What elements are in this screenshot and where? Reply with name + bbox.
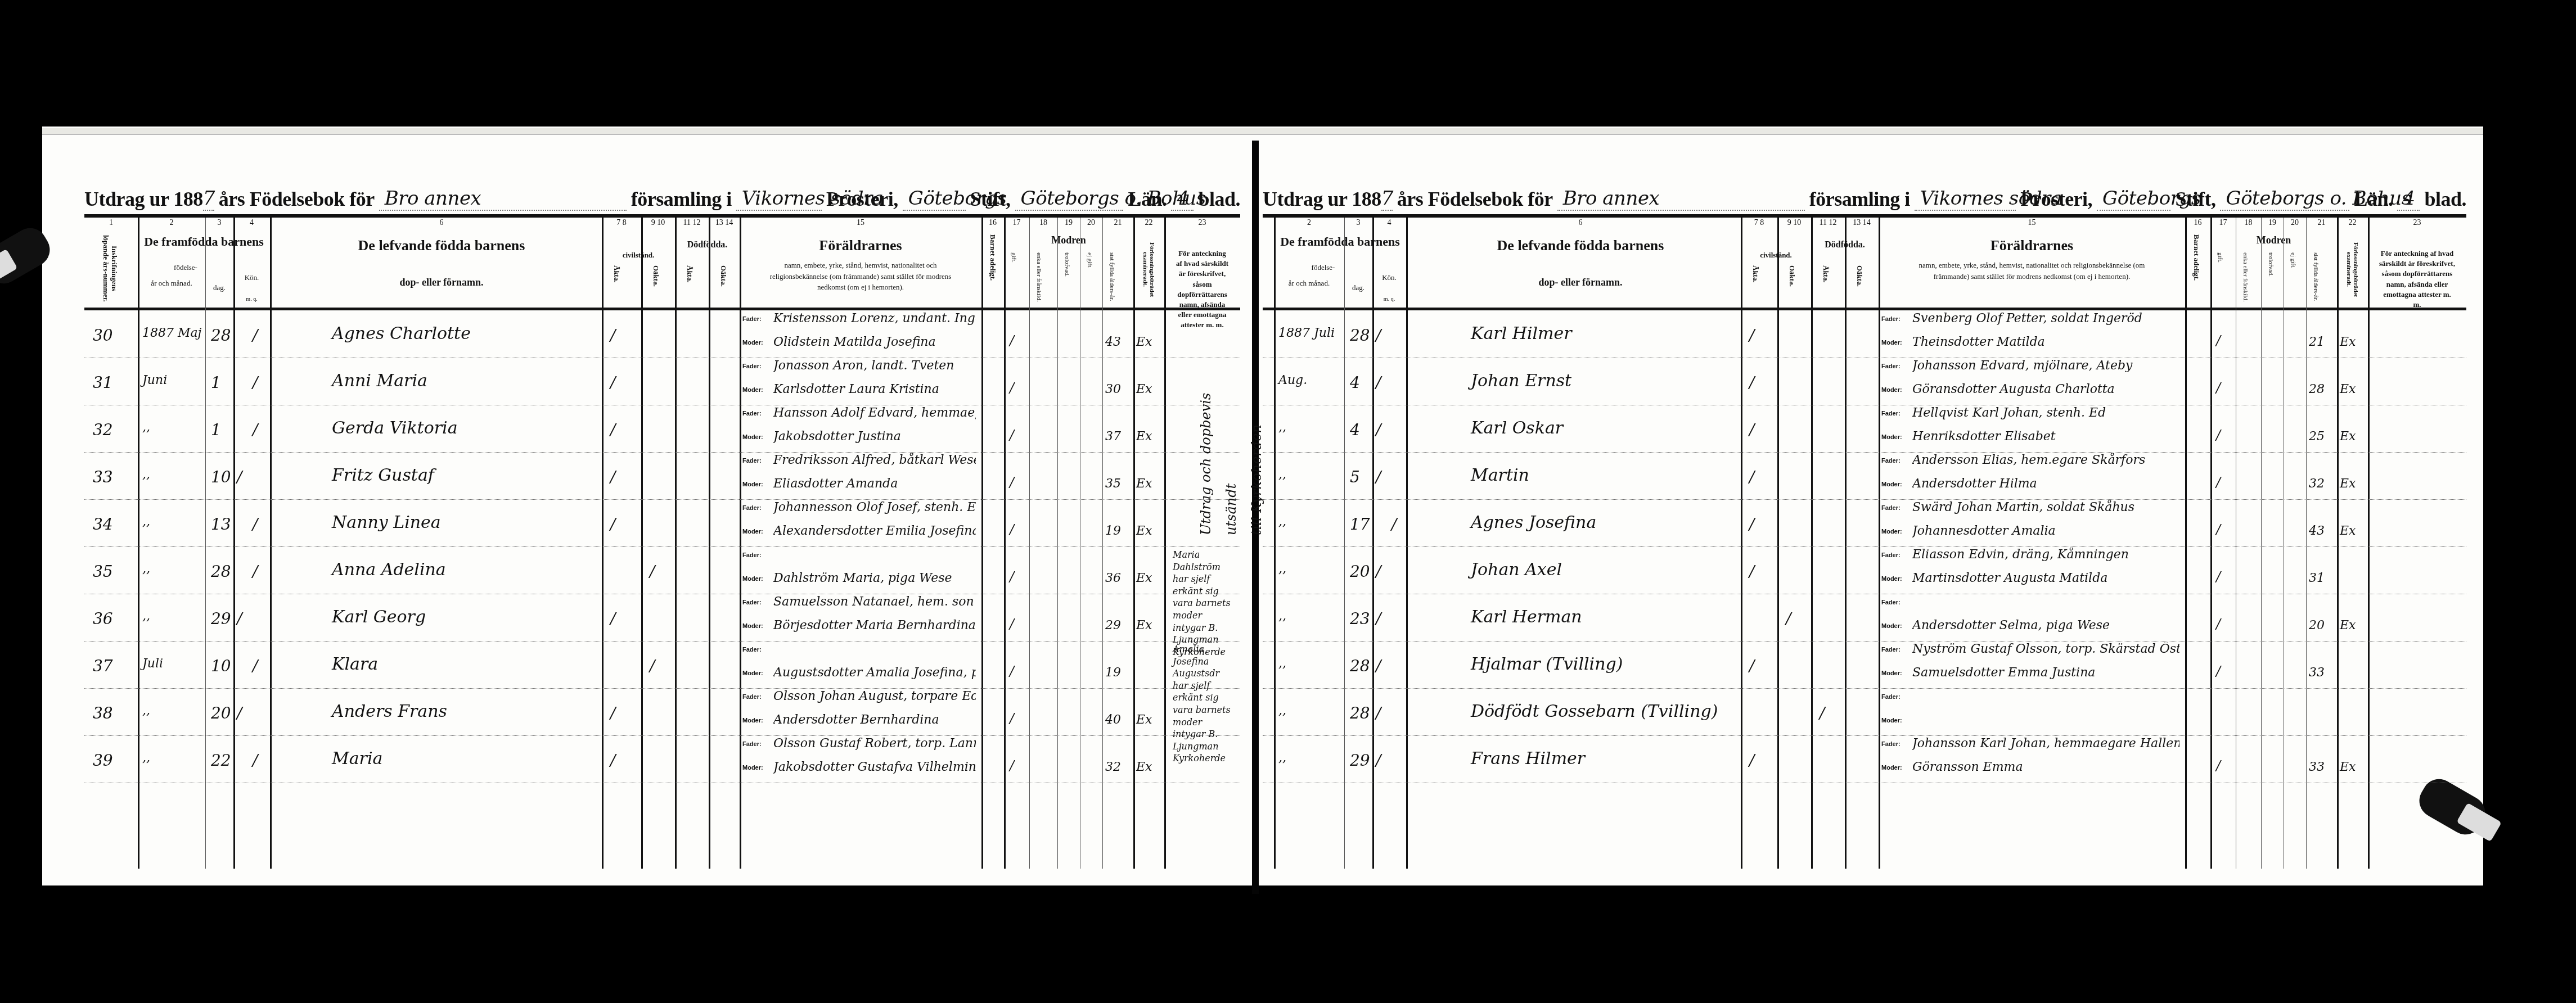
header-mother-status: gift. — [2216, 252, 2223, 263]
column-number: 18 — [2236, 219, 2261, 228]
mother-entry: Eliasdotter Amanda — [773, 477, 976, 491]
child-name: Agnes Charlotte — [332, 324, 471, 344]
mother-entry: Martinsdotter Augusta Matilda — [1912, 571, 2179, 585]
running-number: 38 — [93, 704, 113, 722]
child-name: Agnes Josefina — [1471, 513, 1596, 532]
mother-age: 35 — [1105, 477, 1121, 491]
mother-age: 33 — [2309, 666, 2325, 680]
mother-label: Moder: — [742, 623, 763, 630]
father-entry: Andersson Elias, hem.egare Skårfors — [1912, 453, 2179, 467]
sex-mark: / — [237, 468, 242, 486]
column-number: 11 12 — [675, 219, 709, 228]
birth-day: 28 — [1350, 326, 1370, 345]
table-row: 34,,13/Nanny Linea/Fader:Johannesson Olo… — [84, 499, 1240, 547]
birth-month: ,, — [142, 468, 150, 482]
mother-entry: Johannesdotter Amalia — [1912, 524, 2179, 538]
father-entry: Olsson Gustaf Robert, torp. Lannestad — [773, 737, 976, 751]
table-body: 301887 Maj28/Agnes Charlotte/Fader:Krist… — [84, 310, 1240, 869]
mother-age: 43 — [2309, 524, 2325, 538]
table-row: 32,,1/Gerda Viktoria/Fader:Hansson Adolf… — [84, 405, 1240, 453]
married-mark: / — [1010, 333, 1014, 349]
header-parents: Föräldrarnes — [740, 237, 981, 254]
status-mark: / — [610, 515, 615, 534]
married-mark: / — [2216, 427, 2221, 443]
mother-age: 28 — [2309, 382, 2325, 396]
birth-day: 20 — [211, 704, 231, 722]
column-number: 6 — [281, 219, 602, 228]
father-entry: Swärd Johan Martin, soldat Skåhus — [1912, 500, 2179, 514]
mother-label: Moder: — [742, 765, 763, 771]
mother-entry: Olidstein Matilda Josefina — [773, 335, 976, 349]
sex-mark: / — [1391, 515, 1397, 534]
header-birth: födelse- — [138, 264, 233, 272]
table-row: 35,,28/Anna Adelina/Fader:Moder:Dahlströ… — [84, 546, 1240, 594]
mother-age: 19 — [1105, 524, 1121, 538]
sex-mark: / — [1376, 468, 1381, 486]
mother-label: Moder: — [1881, 387, 1902, 394]
mother-label: Moder: — [1881, 576, 1902, 582]
birth-day: 13 — [211, 515, 231, 534]
father-label: Fader: — [1881, 505, 1901, 512]
header-stillborn: Dödfödda. — [675, 240, 740, 250]
register-table: 123467 89 1011 1213 14151617181920212223… — [84, 214, 1240, 869]
child-name: Anders Frans — [332, 702, 447, 721]
midwife-mark: Ex — [1136, 335, 1152, 349]
column-number: 23 — [2368, 219, 2466, 228]
mother-age: 37 — [1105, 430, 1121, 444]
table-row: ,,5/Martin/Fader:Andersson Elias, hem.eg… — [1263, 452, 2466, 500]
father-label: Fader: — [1881, 363, 1901, 370]
mother-entry: Jakobsdotter Justina — [773, 430, 976, 444]
sex-mark: / — [237, 609, 242, 628]
midwife-mark: Ex — [1136, 713, 1152, 727]
sheet-field: 4 — [1171, 187, 1194, 211]
child-name: Johan Ernst — [1471, 371, 1571, 391]
sheet-field: 4 — [2397, 187, 2420, 211]
midwife-mark: Ex — [2340, 335, 2356, 349]
married-mark: / — [1010, 380, 1014, 396]
header-sex-mq: m. q. — [1372, 296, 1406, 303]
header-mother-status: trolofvad. — [2267, 252, 2274, 277]
year-field: 7 — [1381, 187, 1393, 211]
mother-label: Moder: — [742, 670, 763, 677]
header-midwife: Förlossningsbiträdet examineradt. — [2345, 232, 2359, 308]
birth-month: ,, — [142, 609, 150, 624]
status-mark: / — [610, 751, 615, 770]
status-mark: / — [610, 609, 615, 628]
birth-month: Juli — [142, 657, 163, 671]
table-row: ,,23/Karl Herman/Fader:Moder:Andersdotte… — [1263, 594, 2466, 641]
birth-month: ,, — [1278, 609, 1286, 624]
running-number: 30 — [93, 326, 113, 345]
header-civil-status: civilstånd. — [602, 251, 675, 260]
sex-mark: / — [1376, 609, 1381, 628]
header-born-children: De framfödda barnens — [1274, 234, 1406, 249]
header-legitimacy: Äkta. — [1751, 265, 1759, 283]
mother-entry: Jakobsdotter Gustafva Vilhelmina — [773, 760, 976, 774]
sex-mark: / — [253, 373, 258, 392]
mother-entry: Augustsdotter Amalia Josefina, piga Skår… — [773, 666, 976, 680]
father-entry: Olsson Johan August, torpare Ed — [773, 689, 976, 703]
running-number: 34 — [93, 515, 113, 534]
birth-day: 29 — [211, 609, 231, 628]
child-name: Fritz Gustaf — [332, 466, 434, 485]
father-entry: Nyström Gustaf Olsson, torp. Skärstad Ös… — [1912, 642, 2179, 656]
header-civil-status: civilstånd. — [1741, 251, 1811, 260]
sex-mark: / — [1376, 657, 1381, 675]
column-number: 6 — [1420, 219, 1741, 228]
table-row: ,,28/Hjalmar (Tvilling)/Fader:Nyström Gu… — [1263, 641, 2466, 689]
header-notes: För anteckning af hvad särskildt är före… — [2379, 249, 2455, 310]
status-mark: / — [1786, 609, 1791, 628]
county-field: Göteborgs o. Bohus — [2220, 187, 2349, 211]
header-sex-mq: m. q. — [233, 296, 270, 303]
birth-day: 22 — [211, 751, 231, 770]
father-label: Fader: — [1881, 410, 1901, 417]
birth-month: Juni — [142, 373, 167, 387]
midwife-mark: Ex — [2340, 760, 2356, 774]
deanery-field: Vikornes södra — [1915, 187, 2016, 211]
status-mark: / — [610, 704, 615, 722]
birth-month: 1887 Maj — [142, 326, 201, 340]
birth-month: ,, — [1278, 657, 1286, 671]
child-name: Karl Georg — [332, 607, 426, 627]
married-mark: / — [2216, 475, 2221, 490]
column-number: 11 12 — [1811, 219, 1845, 228]
vertical-annotation: utsändt — [1223, 322, 1239, 535]
midwife-mark: Ex — [1136, 430, 1152, 444]
birth-day: 1 — [211, 373, 221, 392]
table-row: ,,20/Johan Axel/Fader:Eliasson Edvin, dr… — [1263, 546, 2466, 594]
status-mark: / — [610, 373, 615, 392]
mother-age: 19 — [1105, 666, 1121, 680]
father-label: Fader: — [742, 363, 762, 370]
married-mark: / — [1010, 475, 1014, 490]
status-mark: / — [1749, 373, 1754, 392]
child-name: Anni Maria — [332, 371, 427, 391]
father-entry: Hansson Adolf Edvard, hemmaegare Heppenr… — [773, 406, 976, 420]
mother-label: Moder: — [742, 387, 763, 394]
header-born-children: De framfödda barnens — [138, 234, 270, 249]
running-number: 31 — [93, 373, 113, 392]
page-title: Utdrag ur 1887 års Födelsebok för Bro an… — [84, 183, 1240, 211]
birth-day: 10 — [211, 657, 231, 675]
father-label: Fader: — [742, 694, 762, 701]
birth-day: 28 — [1350, 657, 1370, 675]
father-label: Fader: — [742, 505, 762, 512]
married-mark: / — [1010, 522, 1014, 537]
header-mother: Modren — [1004, 234, 1133, 246]
birth-month: ,, — [1278, 421, 1286, 435]
header-mother-status: gift. — [1010, 252, 1017, 263]
header-mother-status: trolofvad. — [1063, 252, 1070, 277]
midwife-mark: Ex — [1136, 760, 1152, 774]
birth-month: ,, — [1278, 468, 1286, 482]
father-entry: Kristensson Lorenz, undant. Ingeröd Mon — [773, 311, 976, 326]
sex-mark: / — [253, 562, 258, 581]
column-number: 4 — [1372, 219, 1406, 228]
birth-day: 29 — [1350, 751, 1370, 770]
column-number: 16 — [2185, 219, 2210, 228]
father-label: Fader: — [742, 647, 762, 653]
mother-label: Moder: — [742, 340, 763, 346]
table-row: ,,17/Agnes Josefina/Fader:Swärd Johan Ma… — [1263, 499, 2466, 547]
column-number: 19 — [2261, 219, 2284, 228]
married-mark: / — [2216, 380, 2221, 396]
header-mother-status: ej gift. — [1086, 252, 1093, 269]
father-entry: Johansson Edvard, mjölnare, Ateby — [1912, 359, 2179, 373]
header-legitimacy: Oäkta. — [1855, 265, 1863, 287]
birth-day: 10 — [211, 468, 231, 486]
column-number: 19 — [1057, 219, 1080, 228]
parish-field: Bro annex — [1557, 187, 1805, 211]
mother-age: 29 — [1105, 618, 1121, 632]
column-number: 4 — [233, 219, 270, 228]
child-name: Johan Axel — [1471, 560, 1562, 580]
child-name: Nanny Linea — [332, 513, 441, 532]
birth-month: Aug. — [1278, 373, 1307, 387]
sex-mark: / — [1376, 751, 1381, 770]
left-page: Utdrag ur 1887 års Födelsebok för Bro an… — [53, 149, 1251, 880]
father-label: Fader: — [1881, 599, 1901, 606]
midwife-mark: Ex — [1136, 477, 1152, 491]
birth-day: 23 — [1350, 609, 1370, 628]
midwife-mark: Ex — [2340, 618, 2356, 632]
table-row: Aug.4/Johan Ernst/Fader:Johansson Edvard… — [1263, 358, 2466, 405]
diocese-field: Göteborgs — [903, 187, 966, 211]
column-number: 9 10 — [641, 219, 675, 228]
sex-mark: / — [1376, 326, 1381, 345]
column-number: 15 — [1879, 219, 2185, 228]
header-day: dag. — [205, 284, 233, 292]
column-number: 21 — [2306, 219, 2337, 228]
status-mark: / — [1820, 704, 1825, 722]
mother-label: Moder: — [1881, 528, 1902, 535]
married-mark: / — [1010, 569, 1014, 585]
header-running-number: Inskrifningens löpande års-nummer. — [101, 234, 118, 302]
birth-month: ,, — [142, 515, 150, 529]
status-mark: / — [1749, 421, 1754, 439]
table-row: 36,,29/Karl Georg/Fader:Samuelsson Natan… — [84, 594, 1240, 641]
child-name: Karl Hilmer — [1471, 324, 1572, 344]
mother-label: Moder: — [1881, 670, 1902, 677]
status-mark: / — [1749, 751, 1754, 770]
county-field: Göteborgs o. Bohus — [1015, 187, 1124, 211]
child-name: Dödfödt Gossebarn (Tvilling) — [1471, 702, 1718, 721]
status-mark: / — [650, 657, 655, 675]
birth-month: ,, — [142, 421, 150, 435]
header-legitimacy: Äkta. — [1821, 265, 1830, 283]
midwife-mark: Ex — [2340, 477, 2356, 491]
header-sex: Kön. — [233, 274, 270, 282]
table-row: ,,28/Dödfödt Gossebarn (Tvilling)/Fader:… — [1263, 688, 2466, 736]
table-row: ,,4/Karl Oskar/Fader:Hellqvist Karl Joha… — [1263, 405, 2466, 453]
married-mark: / — [2216, 522, 2221, 537]
table-row: 37Juli10/Klara/Fader:Moder:Augustsdotter… — [84, 641, 1240, 689]
birth-month: ,, — [1278, 515, 1286, 529]
mother-age: 30 — [1105, 382, 1121, 396]
married-mark: / — [1010, 663, 1014, 679]
header-sex: Kön. — [1372, 274, 1406, 282]
table-row: 1887 Juli28/Karl Hilmer/Fader:Svenberg O… — [1263, 310, 2466, 358]
mother-age: 32 — [2309, 477, 2325, 491]
column-number: 13 14 — [709, 219, 740, 228]
mother-entry: Andersdotter Hilma — [1912, 477, 2179, 491]
father-label: Fader: — [1881, 458, 1901, 464]
column-number: 15 — [740, 219, 981, 228]
birth-day: 17 — [1350, 515, 1370, 534]
page-title: Utdrag ur 1887 års Födelsebok för Bro an… — [1263, 183, 2466, 211]
mother-age: 25 — [2309, 430, 2325, 444]
mother-age: 32 — [1105, 760, 1121, 774]
column-number: 2 — [138, 219, 205, 228]
child-name: Maria — [332, 749, 382, 769]
birth-day: 20 — [1350, 562, 1370, 581]
mother-age: 21 — [2309, 335, 2325, 349]
birth-day: 4 — [1350, 373, 1360, 392]
father-label: Fader: — [1881, 647, 1901, 653]
sex-mark: / — [1376, 562, 1381, 581]
mother-entry: Alexandersdotter Emilia Josefina — [773, 524, 976, 538]
status-mark: / — [610, 421, 615, 439]
vertical-annotation: Utdrag och dopbevis — [1198, 322, 1214, 535]
column-number: 3 — [205, 219, 233, 228]
father-entry: Fredriksson Alfred, båtkarl Wese — [773, 453, 976, 467]
married-mark: / — [2216, 758, 2221, 774]
column-number: 22 — [2337, 219, 2368, 228]
birth-day: 28 — [211, 326, 231, 345]
birth-month: ,, — [1278, 562, 1286, 576]
father-entry: Johansson Karl Johan, hemmaegare Hallen … — [1912, 737, 2179, 751]
midwife-mark: Ex — [2340, 382, 2356, 396]
mother-label: Moder: — [1881, 765, 1902, 771]
father-label: Fader: — [742, 552, 762, 559]
mother-age: 43 — [1105, 335, 1121, 349]
status-mark: / — [1749, 468, 1754, 486]
father-entry: Svenberg Olof Petter, soldat Ingeröd — [1912, 311, 2179, 326]
right-page: Utdrag ur 1887 års Födelsebok för Bro an… — [1263, 149, 2478, 880]
father-entry: Samuelsson Natanael, hem. son Skärstad — [773, 595, 976, 609]
mother-age: 20 — [2309, 618, 2325, 632]
married-mark: / — [2216, 569, 2221, 585]
header-mother-status: enka eller frånskild. — [2241, 252, 2249, 302]
child-name: Hjalmar (Tvilling) — [1471, 654, 1623, 674]
child-name: Martin — [1471, 466, 1529, 485]
annotation-row-37: Amalia Josefina Augustsdr har sjelf erkä… — [1173, 643, 1232, 765]
header-birth: födelse- — [1274, 264, 1372, 272]
column-number: 20 — [1080, 219, 1102, 228]
birth-day: 5 — [1350, 468, 1360, 486]
header-parents-desc: namn, embete, yrke, stånd, hemvist, nati… — [1901, 260, 2163, 282]
married-mark: / — [1010, 758, 1014, 774]
column-number: 16 — [981, 219, 1004, 228]
father-entry: Johannesson Olof Josef, stenh. Ed — [773, 500, 976, 514]
header-mother-status: enka eller frånskild. — [1035, 252, 1042, 302]
father-label: Fader: — [742, 458, 762, 464]
header-year-month: år och månad. — [138, 279, 205, 288]
table-row: 39,,22/Maria/Fader:Olsson Gustaf Robert,… — [84, 735, 1240, 783]
status-mark: / — [1749, 515, 1754, 534]
father-label: Fader: — [1881, 316, 1901, 323]
child-name: Anna Adelina — [332, 560, 446, 580]
midwife-mark: Ex — [1136, 382, 1152, 396]
father-entry: Eliasson Edvin, dräng, Kåmningen — [1912, 548, 2179, 562]
header-legitimacy: Äkta. — [685, 265, 693, 283]
status-mark: / — [1749, 657, 1754, 675]
mother-entry: Andersdotter Selma, piga Wese — [1912, 618, 2179, 632]
mother-label: Moder: — [742, 576, 763, 582]
birth-day: 4 — [1350, 421, 1360, 439]
header-legitimacy: Oäkta. — [719, 265, 727, 287]
midwife-mark: Ex — [2340, 524, 2356, 538]
mother-label: Moder: — [1881, 434, 1902, 441]
married-mark: / — [2216, 616, 2221, 632]
status-mark: / — [650, 562, 655, 581]
table-header: 23467 89 1011 1213 14151617181920212223D… — [1263, 218, 2466, 310]
header-midwife: Förlossningsbiträdet examineradt. — [1141, 232, 1155, 308]
column-number: 1 — [84, 219, 138, 228]
child-name: Klara — [332, 654, 378, 674]
mother-entry: Börjesdotter Maria Bernhardina — [773, 618, 976, 632]
header-year-month: år och månad. — [1274, 279, 1344, 288]
header-mother-status: sist fyllda ålders-år. — [1108, 252, 1115, 301]
register-table: 23467 89 1011 1213 14151617181920212223D… — [1263, 214, 2466, 869]
table-header: 123467 89 1011 1213 14151617181920212223… — [84, 218, 1240, 310]
column-number: 17 — [1004, 219, 1029, 228]
column-number: 22 — [1133, 219, 1164, 228]
header-mother-status: ej gift. — [2289, 252, 2296, 269]
diocese-field: Göteborgs — [2097, 187, 2170, 211]
birth-day: 28 — [1350, 704, 1370, 722]
mother-entry: Henriksdotter Elisabet — [1912, 430, 2179, 444]
married-mark: / — [1010, 427, 1014, 443]
birth-day: 1 — [211, 421, 221, 439]
father-entry: Hellqvist Karl Johan, stenh. Ed — [1912, 406, 2179, 420]
mother-label: Moder: — [1881, 623, 1902, 630]
annotation-row-35: Maria Dahlström har sjelf erkänt sig var… — [1173, 549, 1232, 658]
status-mark: / — [1749, 326, 1754, 345]
header-noble: Barnet adeligt. — [2192, 234, 2200, 281]
mother-label: Moder: — [742, 717, 763, 724]
header-given-name: dop- eller förnamn. — [1420, 277, 1741, 288]
header-legitimacy: Äkta. — [612, 265, 620, 283]
birth-month: 1887 Juli — [1278, 326, 1335, 340]
mother-entry: Samuelsdotter Emma Justina — [1912, 666, 2179, 680]
table-body: 1887 Juli28/Karl Hilmer/Fader:Svenberg O… — [1263, 310, 2466, 869]
midwife-mark: Ex — [1136, 618, 1152, 632]
birth-month: ,, — [142, 704, 150, 718]
father-label: Fader: — [1881, 552, 1901, 559]
column-number: 18 — [1029, 219, 1057, 228]
mother-age: 36 — [1105, 571, 1121, 585]
midwife-mark: Ex — [2340, 430, 2356, 444]
birth-day: 28 — [211, 562, 231, 581]
table-row: ,,29/Frans Hilmer/Fader:Johansson Karl J… — [1263, 735, 2466, 783]
child-name: Gerda Viktoria — [332, 418, 458, 438]
married-mark: / — [2216, 333, 2221, 349]
mother-entry: Göransdotter Augusta Charlotta — [1912, 382, 2179, 396]
sex-mark: / — [253, 326, 258, 345]
sex-mark: / — [253, 657, 258, 675]
deanery-field: Vikornes södra — [736, 187, 822, 211]
married-mark: / — [2216, 663, 2221, 679]
table-row: 31Juni1/Anni Maria/Fader:Jonasson Aron, … — [84, 358, 1240, 405]
mother-label: Moder: — [1881, 481, 1902, 488]
status-mark: / — [1749, 562, 1754, 581]
header-living-children: De lefvande födda barnens — [281, 237, 602, 254]
column-number: 9 10 — [1777, 219, 1811, 228]
running-number: 32 — [93, 421, 113, 439]
